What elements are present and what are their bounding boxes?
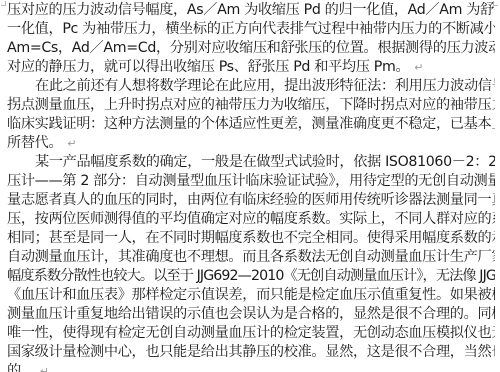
text-line: 一化值，Pc 为袖带压力，横坐标的正方向代表排气过程中袖带内压力的不断减小。As…: [7, 20, 495, 38]
text-line: 唯一性，使得现有检定无创自动测量血压计的检定装置，无创动态血压模拟仪也无法量传。: [7, 324, 495, 342]
margin-corner-mark: [1, 1, 6, 6]
text-line: 量志愿者真人的血压的同时，由两位有临床经验的医师用传统听诊器法测量同一真人的血: [7, 191, 495, 209]
text-line: 自动测量血压计，其准确度也不理想。而且各系数法无创自动测量血压计生产厂家，设定的: [7, 248, 495, 266]
text-line: 压计——第 2 部分：自动测量型血压计临床验证试验》，用待定型的无创自动测量血压…: [7, 172, 495, 190]
text-line: 压，按两位医师测得值的平均值确定对应的幅度系数。实际上，不同人群对应的系数不一定: [7, 210, 495, 228]
text-line-content: 的。: [7, 363, 35, 372]
text-line: 临床实践证明：这种方法测量的个体适应性更差，测量准确度更不稳定，已基本上被系数法: [7, 115, 495, 133]
text-line: 幅度系数分散性也较大。以至于 JJG692—2010《无创自动测量血压计》，无法…: [7, 267, 495, 285]
document-page: 压对应的压力波动信号幅度，As／Am 为收缩压 Pd 的归一化值，Ad／Am 为…: [0, 0, 500, 372]
text-line-content: 所替代。: [7, 135, 62, 151]
text-line: 测量血压计重复地给出错误的示值也会误认为是合格的，显然是很不合理的。同样因为没有: [7, 305, 495, 323]
text-line: 某一产品幅度系数的确定，一般是在做型式试验时，依据 ISO81060－2：200…: [35, 153, 495, 171]
text-line: 的。↵: [7, 362, 495, 372]
paragraph-mark-icon: ↵: [40, 365, 49, 372]
text-line: 国家级计量检测中心，也只能是给出其静压的校准。显然，这是很不合理，当然也是很无耐: [7, 343, 495, 361]
text-line: 对应的静压力，就可以得出收缩压 Ps、舒张压 Pd 和平均压 Pm。↵: [7, 58, 495, 76]
text-line: 所替代。↵: [7, 134, 495, 152]
text-line: 相同；甚至是同一人，在不同时期幅度系数也不完全相同。使得采用幅度系数的示波法无创: [7, 229, 495, 247]
text-line: 拐点测量血压，上升时拐点对应的袖带压力为收缩压，下降时拐点对应的袖带压力为舒张压…: [7, 96, 495, 114]
text-line: 在此之前还有人想将数学理论在此应用，提出波形特征法：利用压力波动信号包络线的: [35, 77, 495, 95]
text-line-content: 对应的静压力，就可以得出收缩压 Ps、舒张压 Pd 和平均压 Pm。: [7, 59, 409, 75]
text-line: 压对应的压力波动信号幅度，As／Am 为收缩压 Pd 的归一化值，Ad／Am 为…: [7, 1, 495, 19]
paragraph-mark-icon: ↵: [67, 137, 76, 150]
paragraph-mark-icon: ↵: [414, 61, 423, 74]
text-line: 《血压计和血压表》那样检定示值误差，而只能是检定血压示值重复性。如果被检无创自动: [7, 286, 495, 304]
text-line: Am=Cs，Ad／Am=Cd，分别对应收缩压和舒张压的位置。根据测得的压力波动信…: [7, 39, 495, 57]
